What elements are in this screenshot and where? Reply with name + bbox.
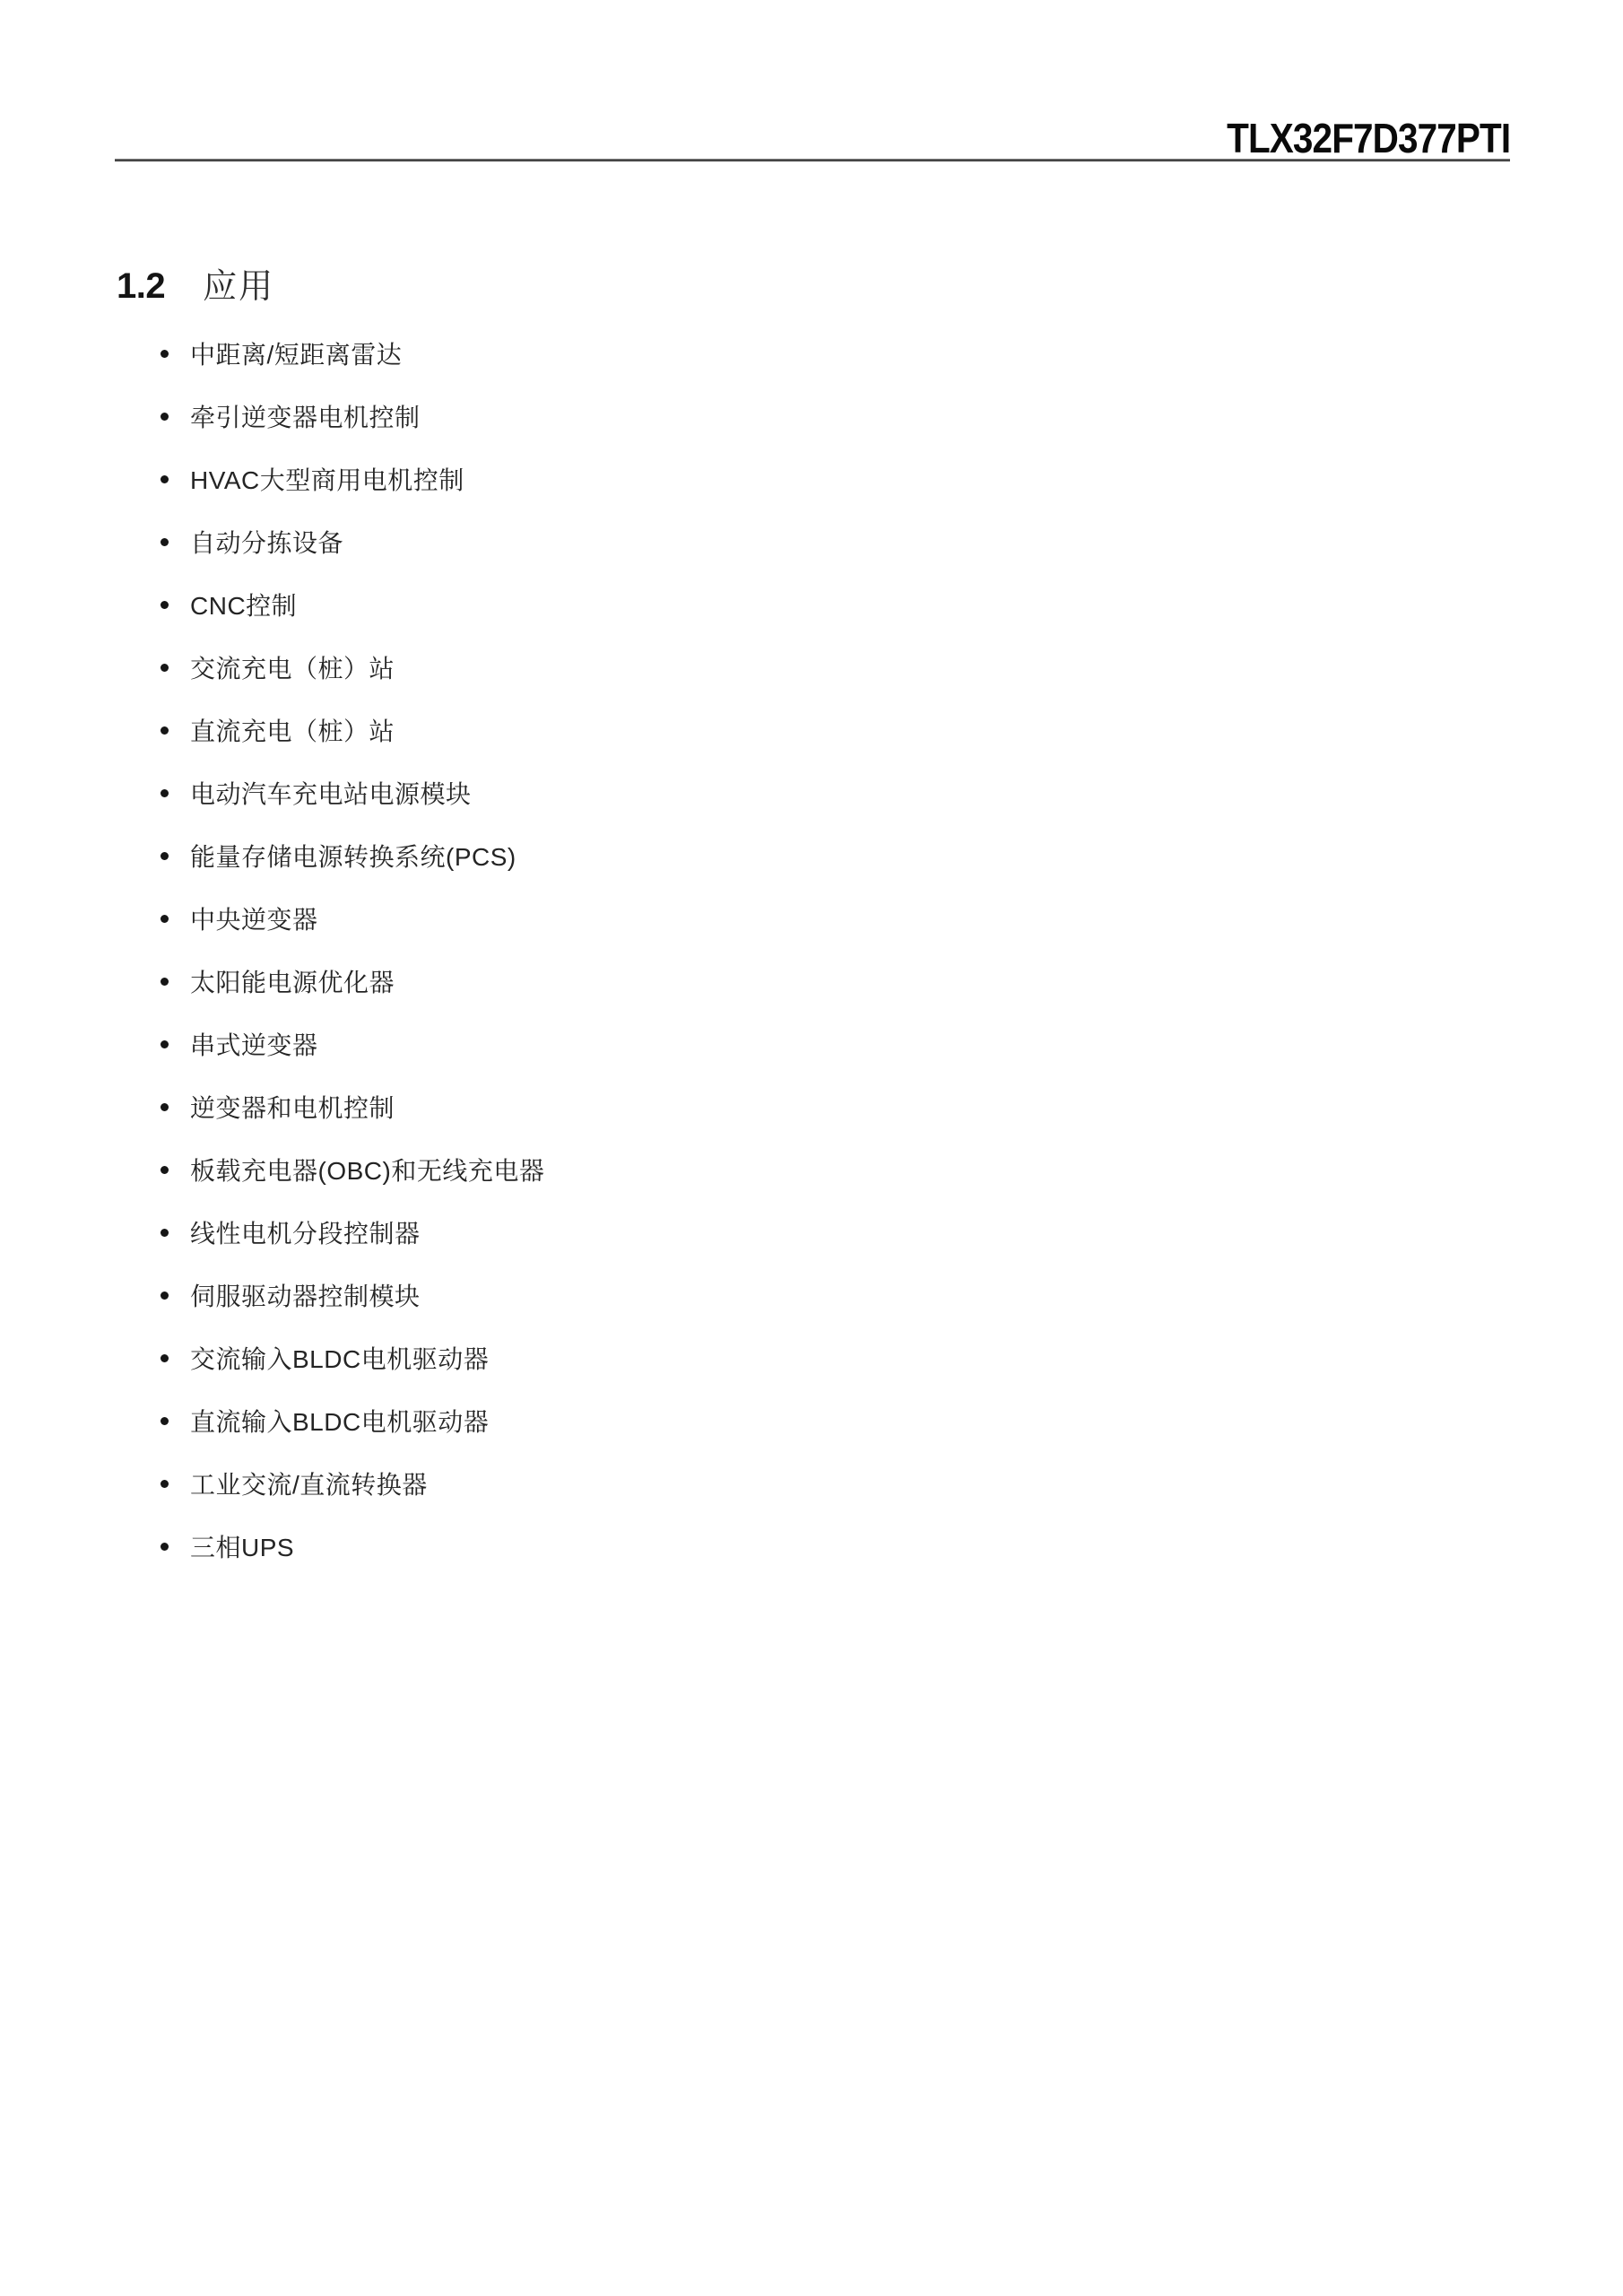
document-part-number: TLX32F7D377PTI <box>1227 117 1510 159</box>
list-item: 太阳能电源优化器 <box>161 950 544 1013</box>
list-item: 工业交流/直流转换器 <box>161 1452 544 1515</box>
list-item: 线性电机分段控制器 <box>161 1201 544 1264</box>
bullet-icon <box>161 1166 169 1174</box>
list-item: 交流充电（桩）站 <box>161 636 544 699</box>
list-item: CNC控制 <box>161 573 544 636</box>
bullet-icon <box>161 1354 169 1362</box>
list-item: HVAC大型商用电机控制 <box>161 448 544 510</box>
application-label: 直流输入BLDC电机驱动器 <box>190 1403 489 1439</box>
list-item: 直流充电（桩）站 <box>161 699 544 761</box>
datasheet-page: TLX32F7D377PTI 1.2 应用 中距离/短距离雷达 牵引逆变器电机控… <box>0 0 1623 2296</box>
list-item: 牵引逆变器电机控制 <box>161 385 544 448</box>
bullet-icon <box>161 475 169 483</box>
bullet-icon <box>161 601 169 609</box>
application-label: 交流输入BLDC电机驱动器 <box>190 1340 489 1376</box>
bullet-icon <box>161 1417 169 1425</box>
bullet-icon <box>161 350 169 358</box>
application-label: HVAC大型商用电机控制 <box>190 461 464 497</box>
list-item: 直流输入BLDC电机驱动器 <box>161 1389 544 1452</box>
application-label: 逆变器和电机控制 <box>190 1089 395 1125</box>
application-label: 牵引逆变器电机控制 <box>190 398 421 434</box>
bullet-icon <box>161 1103 169 1111</box>
application-label: 线性电机分段控制器 <box>190 1214 421 1250</box>
bullet-icon <box>161 978 169 986</box>
list-item: 能量存储电源转换系统(PCS) <box>161 824 544 887</box>
application-label: CNC控制 <box>190 587 297 622</box>
bullet-icon <box>161 1040 169 1048</box>
list-item: 逆变器和电机控制 <box>161 1075 544 1138</box>
application-label: 交流充电（桩）站 <box>190 649 395 685</box>
bullet-icon <box>161 726 169 735</box>
list-item: 串式逆变器 <box>161 1013 544 1075</box>
section-title: 应用 <box>203 269 274 307</box>
section-number: 1.2 <box>117 266 165 306</box>
section-heading: 1.2 应用 <box>117 266 274 307</box>
application-label: 工业交流/直流转换器 <box>190 1465 428 1501</box>
application-label: 中央逆变器 <box>190 900 318 936</box>
application-label: 伺服驱动器控制模块 <box>190 1277 421 1313</box>
application-label: 中距离/短距离雷达 <box>190 335 402 371</box>
list-item: 中央逆变器 <box>161 887 544 950</box>
header-divider <box>115 159 1510 161</box>
bullet-icon <box>161 1480 169 1488</box>
list-item: 中距离/短距离雷达 <box>161 322 544 385</box>
applications-list: 中距离/短距离雷达 牵引逆变器电机控制 HVAC大型商用电机控制 自动分拣设备 … <box>161 322 544 1578</box>
list-item: 板载充电器(OBC)和无线充电器 <box>161 1138 544 1201</box>
list-item: 自动分拣设备 <box>161 510 544 573</box>
bullet-icon <box>161 664 169 672</box>
application-label: 能量存储电源转换系统(PCS) <box>190 838 516 874</box>
bullet-icon <box>161 413 169 421</box>
application-label: 直流充电（桩）站 <box>190 712 395 748</box>
application-label: 三相UPS <box>190 1528 294 1564</box>
application-label: 板载充电器(OBC)和无线充电器 <box>190 1152 544 1187</box>
bullet-icon <box>161 1543 169 1551</box>
bullet-icon <box>161 1229 169 1237</box>
bullet-icon <box>161 789 169 797</box>
application-label: 串式逆变器 <box>190 1026 318 1062</box>
application-label: 电动汽车充电站电源模块 <box>190 775 472 811</box>
bullet-icon <box>161 1291 169 1300</box>
list-item: 交流输入BLDC电机驱动器 <box>161 1326 544 1389</box>
list-item: 伺服驱动器控制模块 <box>161 1264 544 1326</box>
bullet-icon <box>161 538 169 546</box>
application-label: 自动分拣设备 <box>190 524 343 560</box>
bullet-icon <box>161 852 169 860</box>
list-item: 电动汽车充电站电源模块 <box>161 761 544 824</box>
list-item: 三相UPS <box>161 1515 544 1578</box>
bullet-icon <box>161 915 169 923</box>
application-label: 太阳能电源优化器 <box>190 963 395 999</box>
